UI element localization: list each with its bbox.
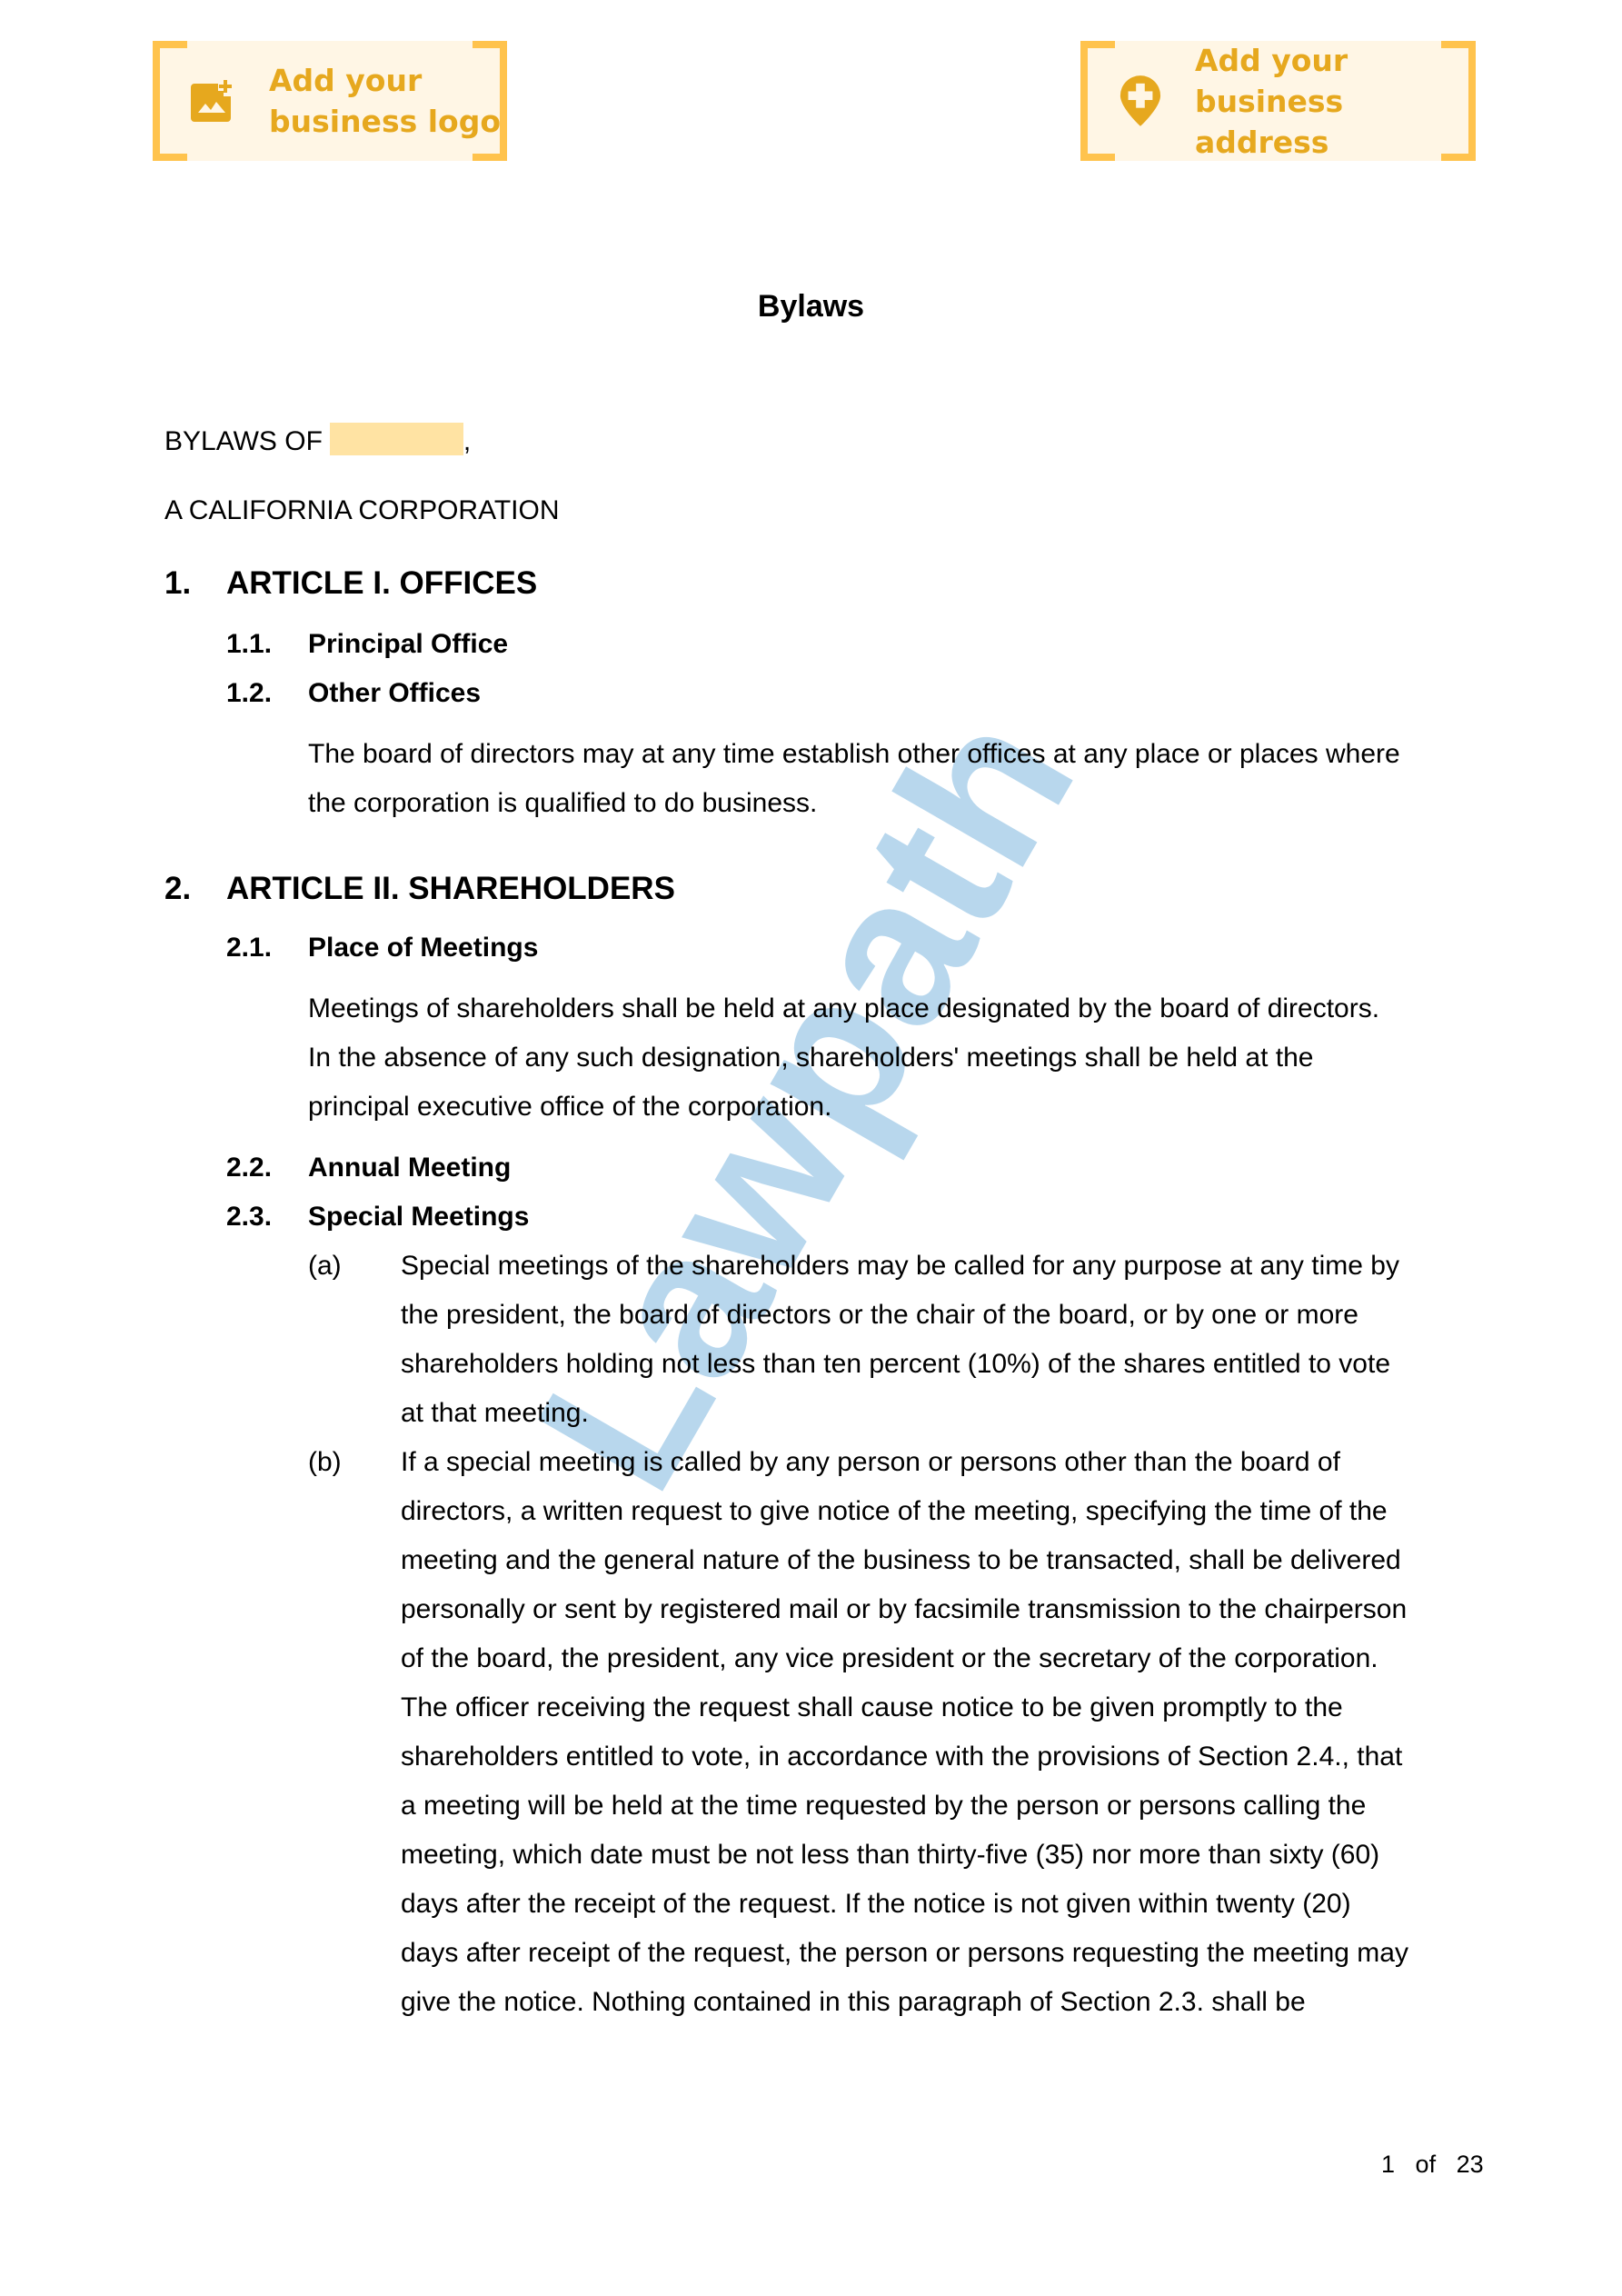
- item-b-line: directors, a written request to give not…: [401, 1496, 1388, 1527]
- intro-prefix: BYLAWS OF: [164, 426, 323, 456]
- section-1-2-title: Other Offices: [308, 678, 481, 709]
- section-2-1-body-line: principal executive office of the corpor…: [308, 1092, 831, 1123]
- article-1-number: 1.: [164, 565, 191, 602]
- page-current: 1: [1381, 2151, 1395, 2178]
- item-b-line: The officer receiving the request shall …: [401, 1692, 1343, 1723]
- item-b-line: days after receipt of the request, the p…: [401, 1938, 1408, 1969]
- section-2-1-title: Place of Meetings: [308, 933, 538, 963]
- section-2-1-number: 2.1.: [226, 933, 272, 963]
- add-business-logo-button[interactable]: Add your business logo: [153, 41, 507, 161]
- logo-placeholder-text: Add your business logo: [269, 60, 501, 142]
- section-2-1-body-line: Meetings of shareholders shall be held a…: [308, 993, 1379, 1024]
- item-b-line: of the board, the president, any vice pr…: [401, 1643, 1378, 1674]
- item-a-line: the president, the board of directors or…: [401, 1300, 1358, 1331]
- article-2-title: ARTICLE II. SHAREHOLDERS: [226, 871, 675, 907]
- page-total: 23: [1457, 2151, 1484, 2178]
- map-pin-plus-icon: [1119, 73, 1162, 129]
- image-add-icon: [191, 78, 236, 124]
- section-1-2-number: 1.2.: [226, 678, 272, 709]
- address-placeholder-text: Add your business address: [1195, 40, 1476, 163]
- item-b-line: give the notice. Nothing contained in th…: [401, 1987, 1306, 2018]
- item-a-line: shareholders holding not less than ten p…: [401, 1349, 1390, 1380]
- item-b-line: If a special meeting is called by any pe…: [401, 1447, 1340, 1478]
- logo-placeholder-line2: business logo: [269, 101, 501, 142]
- bracket-left: [1080, 41, 1115, 161]
- item-b-line: meeting, which date must be not less tha…: [401, 1840, 1379, 1871]
- item-a-line: Special meetings of the shareholders may…: [401, 1251, 1399, 1282]
- intro-line-1: BYLAWS OF,: [164, 423, 471, 457]
- section-1-1-number: 1.1.: [226, 629, 272, 660]
- document-title: Bylaws: [0, 289, 1622, 324]
- item-a-label: (a): [308, 1251, 342, 1282]
- intro-suffix: ,: [463, 426, 471, 456]
- section-2-2-number: 2.2.: [226, 1153, 272, 1183]
- item-b-label: (b): [308, 1447, 342, 1478]
- article-1-title: ARTICLE I. OFFICES: [226, 565, 537, 602]
- section-2-3-title: Special Meetings: [308, 1202, 529, 1233]
- bracket-right: [1441, 41, 1476, 161]
- bracket-right: [473, 41, 507, 161]
- item-b-line: a meeting will be held at the time reque…: [401, 1791, 1366, 1822]
- intro-line-2: A CALIFORNIA CORPORATION: [164, 495, 560, 526]
- section-1-2-body-line: The board of directors may at any time e…: [308, 739, 1400, 770]
- section-1-1-title: Principal Office: [308, 629, 508, 660]
- item-b-line: personally or sent by registered mail or…: [401, 1594, 1407, 1625]
- item-b-line: days after the receipt of the request. I…: [401, 1889, 1351, 1920]
- item-b-line: meeting and the general nature of the bu…: [401, 1545, 1401, 1576]
- add-business-address-button[interactable]: Add your business address: [1080, 41, 1476, 161]
- item-b-line: shareholders entitled to vote, in accord…: [401, 1742, 1402, 1772]
- logo-placeholder-line1: Add your: [269, 60, 501, 101]
- article-2-number: 2.: [164, 871, 191, 907]
- section-2-1-body-line: In the absence of any such designation, …: [308, 1043, 1313, 1073]
- address-placeholder-line1: Add your: [1195, 40, 1476, 81]
- bracket-left: [153, 41, 187, 161]
- address-placeholder-line2: business address: [1195, 81, 1476, 163]
- page-number: 1 of 23: [1381, 2151, 1484, 2179]
- section-1-2-body-line: the corporation is qualified to do busin…: [308, 788, 817, 819]
- page-sep: of: [1416, 2151, 1437, 2178]
- section-2-3-number: 2.3.: [226, 1202, 272, 1233]
- section-2-2-title: Annual Meeting: [308, 1153, 511, 1183]
- item-a-line: at that meeting.: [401, 1398, 589, 1429]
- company-name-field[interactable]: [330, 423, 463, 455]
